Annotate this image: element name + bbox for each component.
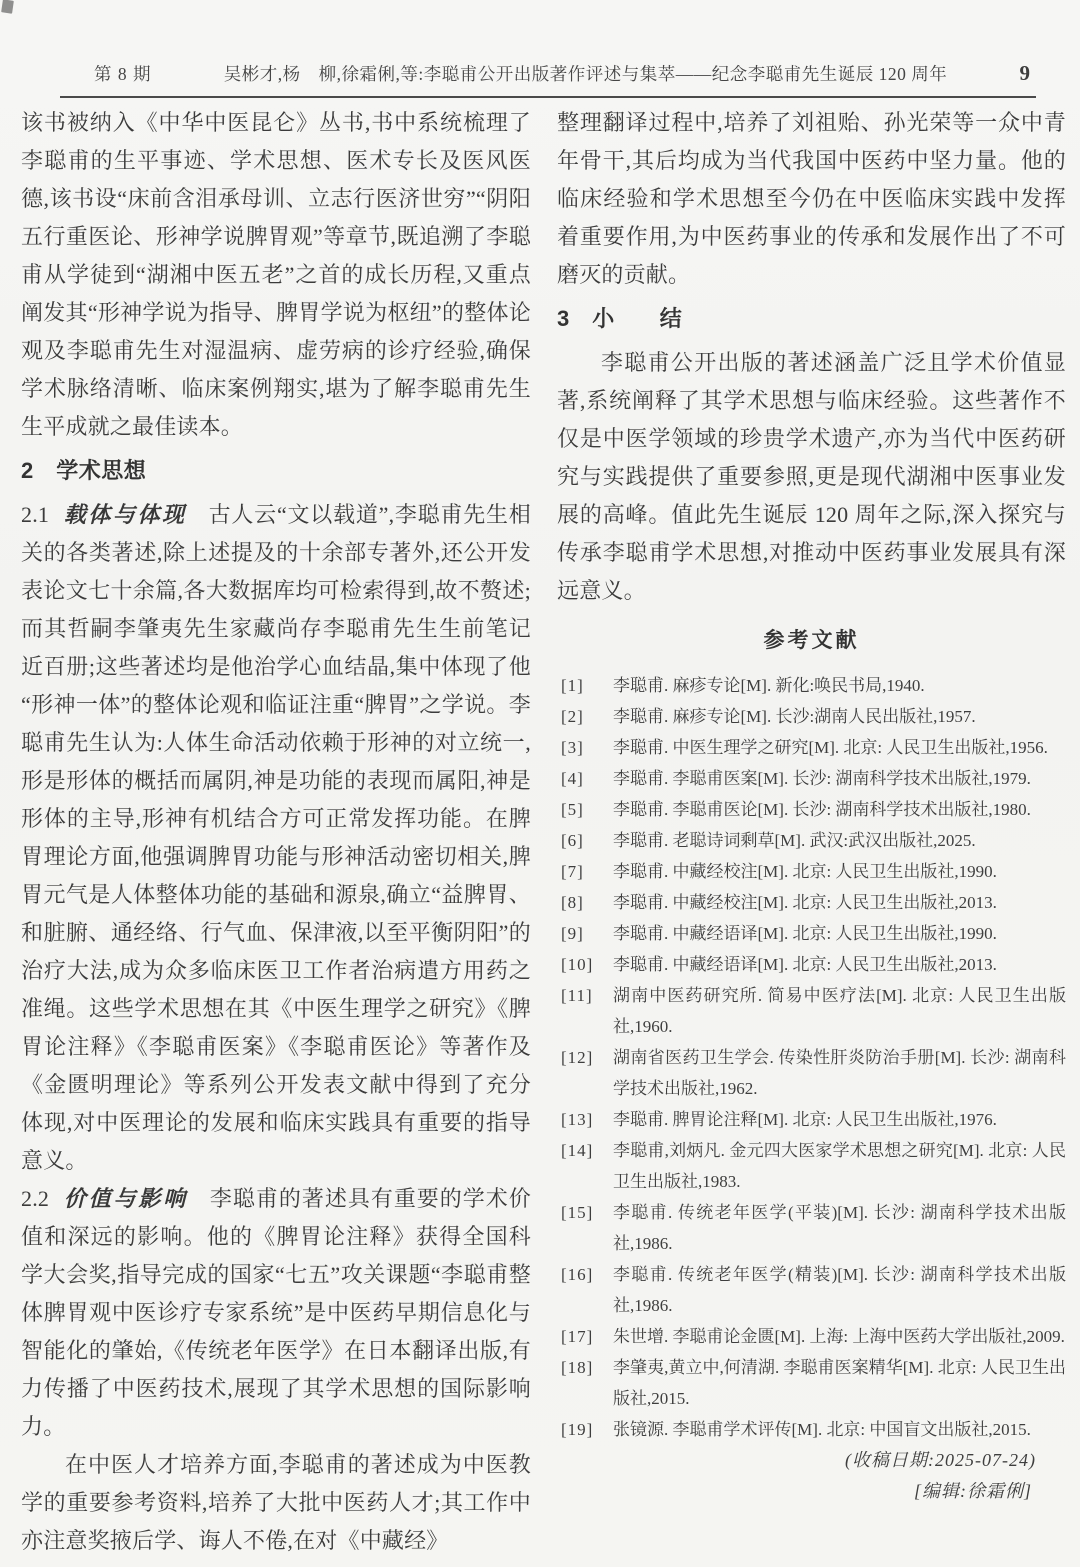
- reference-text: 李聪甫. 中藏经语译[M]. 北京: 人民卫生出版社,2013.: [613, 955, 997, 974]
- journal-page: 第 8 期 吴彬才,杨 柳,徐霜俐,等:李聪甫公开出版著作评述与集萃——纪念李聪…: [0, 0, 1080, 1567]
- reference-number: [15]: [561, 1197, 593, 1228]
- right-column: 整理翻译过程中,培养了刘祖贻、孙光荣等一众中青年骨干,其后均成为当代我国中医药中…: [557, 104, 1066, 1560]
- reference-text: 李聪甫. 李聪甫医案[M]. 长沙: 湖南科学技术出版社,1979.: [613, 769, 1031, 788]
- reference-number: [17]: [561, 1321, 593, 1352]
- reference-number: [6]: [561, 825, 584, 856]
- paragraph-book-overview: 该书被纳入《中华中医昆仑》丛书,书中系统梳理了李聪甫的生平事迹、学术思想、医术专…: [21, 104, 531, 446]
- reference-item: [6]李聪甫. 老聪诗词剩草[M]. 武汉:武汉出版社,2025.: [557, 825, 1066, 856]
- reference-number: [13]: [561, 1104, 593, 1135]
- reference-number: [3]: [561, 732, 584, 763]
- reference-text: 李聪甫. 老聪诗词剩草[M]. 武汉:武汉出版社,2025.: [613, 831, 976, 850]
- reference-item: [15]李聪甫. 传统老年医学(平装)[M]. 长沙: 湖南科学技术出版社,19…: [557, 1197, 1066, 1259]
- reference-text: 李聪甫. 脾胃论注释[M]. 北京: 人民卫生出版社,1976.: [613, 1110, 997, 1129]
- page-header: 第 8 期 吴彬才,杨 柳,徐霜俐,等:李聪甫公开出版著作评述与集萃——纪念李聪…: [60, 50, 1036, 98]
- reference-number: [19]: [561, 1414, 593, 1445]
- two-column-body: 该书被纳入《中华中医昆仑》丛书,书中系统梳理了李聪甫的生平事迹、学术思想、医术专…: [21, 104, 1066, 1560]
- reference-number: [9]: [561, 918, 584, 949]
- reference-number: [5]: [561, 794, 584, 825]
- subsection-title-2-2: 价值与影响: [63, 1186, 188, 1211]
- reference-text: 李聪甫. 中藏经校注[M]. 北京: 人民卫生出版社,2013.: [613, 893, 997, 912]
- section-heading-summary: 3 小 结: [557, 298, 1066, 340]
- reference-number: [2]: [561, 701, 584, 732]
- reference-text: 李聪甫. 中藏经语译[M]. 北京: 人民卫生出版社,1990.: [613, 924, 997, 943]
- reference-item: [3]李聪甫. 中医生理学之研究[M]. 北京: 人民卫生出版社,1956.: [557, 732, 1066, 763]
- reference-number: [12]: [561, 1042, 593, 1073]
- reference-item: [12]湖南省医药卫生学会. 传染性肝炎防治手册[M]. 长沙: 湖南科学技术出…: [557, 1042, 1066, 1104]
- editor-credit: [编辑:徐霜俐]: [557, 1476, 1066, 1507]
- paragraph-talent-cultivation: 在中医人才培养方面,李聪甫的著述成为中医教学的重要参考资料,培养了大批中医药人才…: [21, 1446, 531, 1560]
- reference-number: [1]: [561, 670, 584, 701]
- subsection-text-2-1: 古人云“文以载道”,李聪甫先生相关的各类著述,除上述提及的十余部专著外,还公开发…: [21, 502, 531, 1173]
- subsection-number-2-2: 2.2: [21, 1186, 49, 1211]
- issue-label: 第 8 期: [94, 61, 152, 86]
- reference-number: [7]: [561, 856, 584, 887]
- reference-item: [16]李聪甫. 传统老年医学(精装)[M]. 长沙: 湖南科学技术出版社,19…: [557, 1259, 1066, 1321]
- reference-text: 朱世增. 李聪甫论金匮[M]. 上海: 上海中医药大学出版社,2009.: [613, 1327, 1065, 1346]
- reference-text: 李聪甫. 中藏经校注[M]. 北京: 人民卫生出版社,1990.: [613, 862, 997, 881]
- subsection-text-2-2: 李聪甫的著述具有重要的学术价值和深远的影响。他的《脾胃论注释》获得全国科学大会奖…: [21, 1186, 531, 1439]
- reference-item: [1]李聪甫. 麻疹专论[M]. 新化:唤民书局,1940.: [557, 670, 1066, 701]
- reference-text: 李聪甫. 传统老年医学(精装)[M]. 长沙: 湖南科学技术出版社,1986.: [613, 1265, 1066, 1315]
- reference-number: [18]: [561, 1352, 593, 1383]
- scan-artifact: [1, 0, 14, 14]
- subsection-title-2-1: 载体与体现: [63, 502, 187, 527]
- reference-text: 湖南省医药卫生学会. 传染性肝炎防治手册[M]. 长沙: 湖南科学技术出版社,1…: [613, 1048, 1066, 1098]
- references-heading: 参考文献: [557, 624, 1066, 658]
- reference-item: [10]李聪甫. 中藏经语译[M]. 北京: 人民卫生出版社,2013.: [557, 949, 1066, 980]
- paragraph-translation-continuation: 整理翻译过程中,培养了刘祖贻、孙光荣等一众中青年骨干,其后均成为当代我国中医药中…: [557, 104, 1066, 294]
- reference-item: [18]李肇夷,黄立中,何清湖. 李聪甫医案精华[M]. 北京: 人民卫生出版社…: [557, 1352, 1066, 1414]
- reference-text: 李聪甫. 传统老年医学(平装)[M]. 长沙: 湖南科学技术出版社,1986.: [613, 1203, 1066, 1253]
- reference-item: [8]李聪甫. 中藏经校注[M]. 北京: 人民卫生出版社,2013.: [557, 887, 1066, 918]
- reference-number: [8]: [561, 887, 584, 918]
- section-heading-academic-thought: 2 学术思想: [21, 450, 531, 492]
- reference-text: 李聪甫. 麻疹专论[M]. 长沙:湖南人民出版社,1957.: [613, 707, 976, 726]
- reference-text: 李聪甫,刘炳凡. 金元四大医家学术思想之研究[M]. 北京: 人民卫生出版社,1…: [613, 1141, 1066, 1191]
- subsection-number-2-1: 2.1: [21, 502, 49, 527]
- running-title: 吴彬才,杨 柳,徐霜俐,等:李聪甫公开出版著作评述与集萃——纪念李聪甫先生诞辰 …: [152, 61, 1020, 86]
- left-column: 该书被纳入《中华中医昆仑》丛书,书中系统梳理了李聪甫的生平事迹、学术思想、医术专…: [21, 104, 531, 1560]
- reference-text: 湖南中医药研究所. 简易中医疗法[M]. 北京: 人民卫生出版社,1960.: [613, 986, 1066, 1036]
- reference-item: [19]张镜源. 李聪甫学术评传[M]. 北京: 中国盲文出版社,2015.: [557, 1414, 1066, 1445]
- reference-text: 李聪甫. 李聪甫医论[M]. 长沙: 湖南科学技术出版社,1980.: [613, 800, 1031, 819]
- page-number: 9: [1020, 61, 1031, 86]
- reference-text: 李聪甫. 中医生理学之研究[M]. 北京: 人民卫生出版社,1956.: [613, 738, 1048, 757]
- reference-item: [11]湖南中医药研究所. 简易中医疗法[M]. 北京: 人民卫生出版社,196…: [557, 980, 1066, 1042]
- reference-number: [16]: [561, 1259, 593, 1290]
- reference-item: [14]李聪甫,刘炳凡. 金元四大医家学术思想之研究[M]. 北京: 人民卫生出…: [557, 1135, 1066, 1197]
- reference-text: 李聪甫. 麻疹专论[M]. 新化:唤民书局,1940.: [613, 676, 925, 695]
- reference-item: [2]李聪甫. 麻疹专论[M]. 长沙:湖南人民出版社,1957.: [557, 701, 1066, 732]
- reference-text: 张镜源. 李聪甫学术评传[M]. 北京: 中国盲文出版社,2015.: [613, 1420, 1031, 1439]
- paragraph-carrier-embodiment: 2.1载体与体现古人云“文以载道”,李聪甫先生相关的各类著述,除上述提及的十余部…: [21, 496, 531, 1180]
- paragraph-summary: 李聪甫公开出版的著述涵盖广泛且学术价值显著,系统阐释了其学术思想与临床经验。这些…: [557, 344, 1066, 610]
- reference-list: [1]李聪甫. 麻疹专论[M]. 新化:唤民书局,1940. [2]李聪甫. 麻…: [557, 670, 1066, 1445]
- reference-item: [5]李聪甫. 李聪甫医论[M]. 长沙: 湖南科学技术出版社,1980.: [557, 794, 1066, 825]
- reference-number: [14]: [561, 1135, 593, 1166]
- reference-number: [11]: [561, 980, 593, 1011]
- paragraph-value-influence: 2.2价值与影响李聪甫的著述具有重要的学术价值和深远的影响。他的《脾胃论注释》获…: [21, 1180, 531, 1446]
- reference-item: [7]李聪甫. 中藏经校注[M]. 北京: 人民卫生出版社,1990.: [557, 856, 1066, 887]
- reference-number: [4]: [561, 763, 584, 794]
- received-date: (收稿日期:2025-07-24): [557, 1445, 1066, 1476]
- reference-text: 李肇夷,黄立中,何清湖. 李聪甫医案精华[M]. 北京: 人民卫生出版社,201…: [613, 1358, 1066, 1408]
- reference-number: [10]: [561, 949, 593, 980]
- reference-item: [4]李聪甫. 李聪甫医案[M]. 长沙: 湖南科学技术出版社,1979.: [557, 763, 1066, 794]
- reference-item: [9]李聪甫. 中藏经语译[M]. 北京: 人民卫生出版社,1990.: [557, 918, 1066, 949]
- reference-item: [13]李聪甫. 脾胃论注释[M]. 北京: 人民卫生出版社,1976.: [557, 1104, 1066, 1135]
- reference-item: [17]朱世增. 李聪甫论金匮[M]. 上海: 上海中医药大学出版社,2009.: [557, 1321, 1066, 1352]
